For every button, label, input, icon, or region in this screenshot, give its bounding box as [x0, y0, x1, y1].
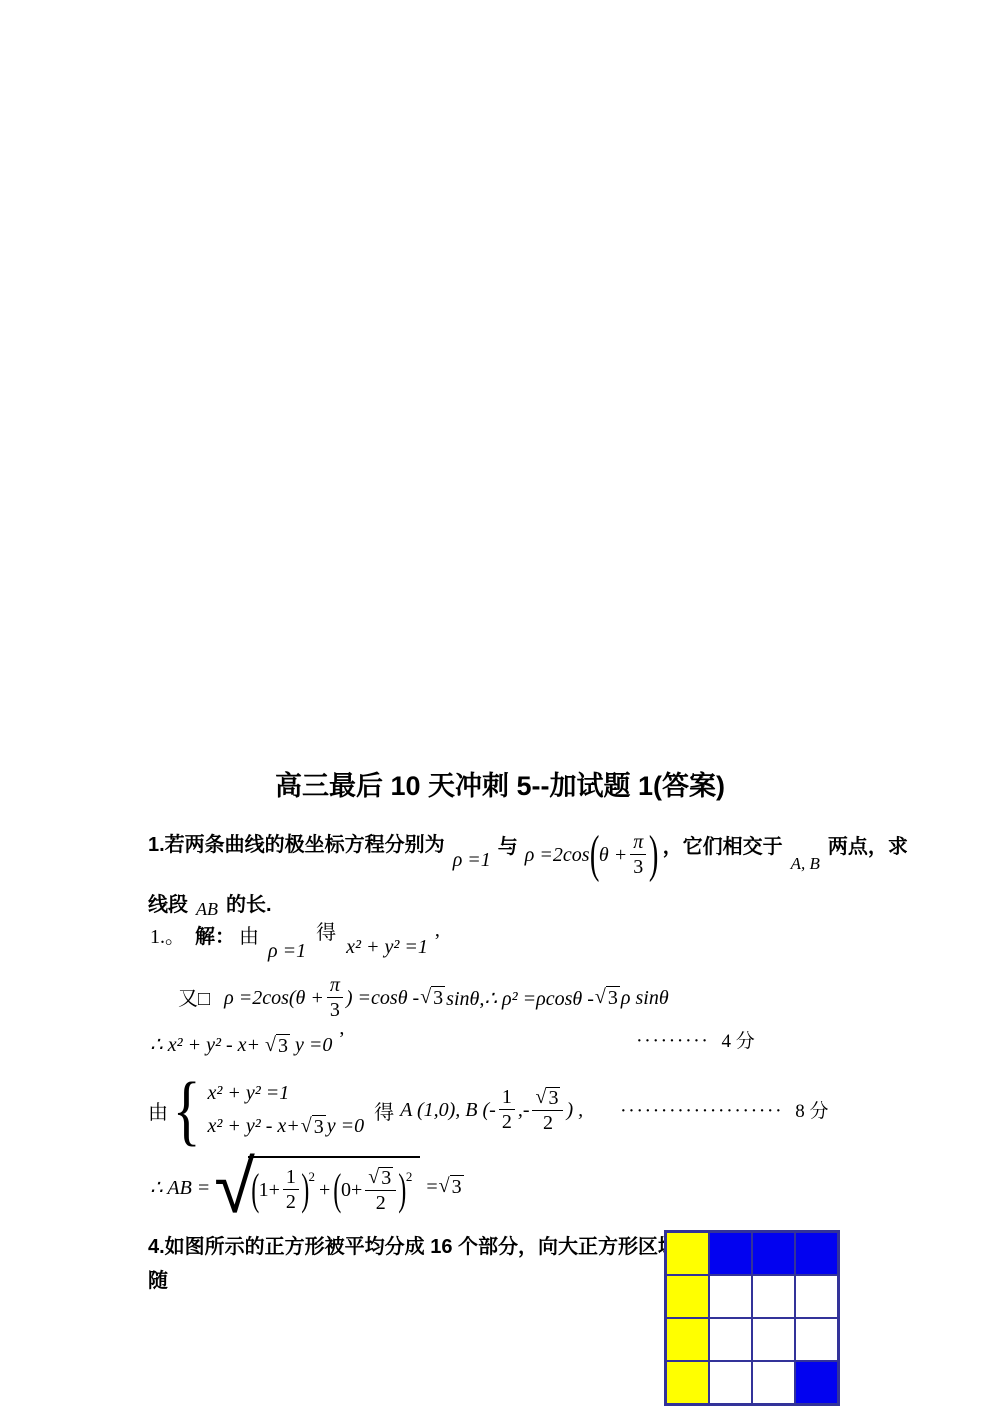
sol-again: 又□	[178, 982, 210, 1011]
document-page: 高三最后 10 天冲刺 5--加试题 1(答案) 1.若两条曲线的极坐标方程分别…	[0, 0, 1000, 1415]
p1-l2-a: 线段	[148, 894, 188, 916]
grid-cell	[795, 1275, 838, 1318]
fraction-pi-3-b: π 3	[327, 975, 343, 1021]
score-mark-4: ········· 4 分	[636, 1026, 755, 1053]
s4-you: 由	[148, 1096, 168, 1125]
eq-rho-2cos: ρ =2cos ( θ + π 3 )	[525, 824, 659, 886]
dot-leader: ·········	[636, 1030, 709, 1052]
superscript-2: 2	[309, 1169, 316, 1185]
p1-tail: 两点，求	[828, 830, 908, 859]
grid-cell	[752, 1232, 795, 1275]
system-row2: x² + y² - x+ √ 3 y =0	[207, 1115, 364, 1139]
s2-m4: ρ sinθ	[621, 987, 669, 1010]
problem1-line1: 1.若两条曲线的极坐标方程分别为 ρ =1 与 ρ =2cos ( θ + π …	[148, 824, 908, 886]
s3-comma: ’	[338, 1028, 345, 1051]
eq2-inner: θ +	[599, 844, 627, 867]
solution-line5: ∴ AB = √ ( 1+ 1 2 ) 2 + ( 0+	[150, 1150, 465, 1224]
fraction-pi-3: π 3	[630, 832, 646, 878]
fraction-1-2: 1 2	[499, 1087, 515, 1133]
s2-m1: ρ =2cos(θ +	[224, 987, 324, 1010]
fraction-sqrt3-2-b: √3 2	[365, 1167, 396, 1214]
sol-jie-label: 解：	[195, 920, 235, 949]
paren-term-2: ( 0+ √3 2 ) 2	[334, 1167, 412, 1214]
big-radical: √ ( 1+ 1 2 ) 2 + ( 0+ √3	[214, 1156, 420, 1218]
dot-leader: ····················	[620, 1100, 783, 1122]
fraction-sqrt3-2: √3 2	[532, 1087, 563, 1134]
grid-cell	[752, 1361, 795, 1404]
fraction-1-2-b: 1 2	[283, 1167, 299, 1213]
grid-cell	[666, 1232, 709, 1275]
problem4-line1: 4.如图所示的正方形被平均分成 16 个部分，向大正方形区域	[148, 1230, 678, 1259]
p1-conjunction: 与	[498, 830, 518, 859]
p1-intro: 1.若两条曲线的极坐标方程分别为	[148, 828, 445, 857]
grid-cell	[752, 1318, 795, 1361]
right-paren-big: )	[649, 832, 659, 879]
sol-eq-circle: x² + y² =1	[346, 936, 428, 959]
sol-eq-rho1: ρ =1	[268, 940, 306, 963]
left-paren-big: (	[589, 832, 599, 879]
solution-line1: 1.。 解： 由 ρ =1 得 x² + y² =1 ’	[150, 916, 441, 945]
s5-plus: +	[319, 1179, 330, 1202]
sol-you: 由	[239, 920, 259, 949]
probability-grid	[664, 1230, 840, 1406]
s3-m1: ∴ x² + y² - x+	[150, 1034, 260, 1056]
grid-cell	[752, 1275, 795, 1318]
equation-system: x² + y² =1 x² + y² - x+ √ 3 y =0	[207, 1082, 364, 1139]
sqrt-3-icon: √ 3	[595, 986, 620, 1010]
grid-cell	[666, 1275, 709, 1318]
score-mark-8: ···················· 8 分	[620, 1096, 828, 1123]
eq-rho-equals-1: ρ =1	[453, 849, 491, 872]
grid-cell	[709, 1361, 752, 1404]
paren-term-1: ( 1+ 1 2 ) 2	[252, 1167, 315, 1213]
sol-comma1: ’	[434, 930, 441, 953]
s2-m2: ) =cosθ -	[346, 987, 419, 1010]
problem1-line2: 线段 AB 的长.	[148, 888, 272, 917]
s5-equals: =	[426, 1176, 437, 1199]
grid-cell	[709, 1275, 752, 1318]
score-8: 8 分	[795, 1101, 828, 1122]
s4-m3: ) ,	[566, 1099, 583, 1122]
grid-cell	[795, 1232, 838, 1275]
system-row1: x² + y² =1	[207, 1082, 289, 1105]
sol-de: 得	[316, 916, 336, 945]
superscript-2: 2	[406, 1169, 413, 1185]
doc-title: 高三最后 10 天冲刺 5--加试题 1(答案)	[0, 764, 1000, 803]
grid-cell	[709, 1318, 752, 1361]
left-brace-big: {	[173, 1077, 201, 1143]
p1-mid: ，它们相交于	[663, 830, 783, 859]
s2-m3: sinθ,∴ ρ² =ρcosθ -	[446, 986, 594, 1011]
s4-de: 得	[374, 1096, 394, 1125]
solution-line4: 由 { x² + y² =1 x² + y² - x+ √ 3 y =0 得 A…	[148, 1070, 583, 1150]
sqrt-3-icon: √ 3	[439, 1175, 464, 1199]
sqrt-3-icon: √ 3	[420, 986, 445, 1010]
s5-head: ∴ AB =	[150, 1175, 210, 1200]
sol-number: 1.。	[150, 920, 185, 949]
score-4: 4 分	[721, 1031, 754, 1052]
sqrt-3-icon: √ 3	[265, 1034, 290, 1058]
solution-line3: ∴ x² + y² - x+ √ 3 y =0 ’	[150, 1032, 345, 1058]
points-a-b: A, B	[791, 854, 820, 874]
grid-cell	[795, 1318, 838, 1361]
grid-cell	[666, 1318, 709, 1361]
grid-cell	[795, 1361, 838, 1404]
grid-cell	[666, 1361, 709, 1404]
s3-m2: y =0	[295, 1034, 332, 1056]
eq2-head: ρ =2cos	[525, 844, 590, 867]
grid-cell	[709, 1232, 752, 1275]
sol-eq-polar-expand: ρ =2cos(θ + π 3 ) =cosθ - √ 3 sinθ,∴ ρ² …	[224, 970, 669, 1026]
s4-points-a: A (1,0), B (-	[400, 1099, 496, 1122]
solution-line2: 又□ ρ =2cos(θ + π 3 ) =cosθ - √ 3 sinθ,∴ …	[178, 970, 669, 1026]
problem4-line2: 随	[148, 1264, 168, 1293]
p1-l2-b: 的长.	[226, 894, 272, 916]
sqrt-3-icon: √ 3	[301, 1115, 326, 1139]
s4-m2: ,-	[518, 1099, 530, 1122]
